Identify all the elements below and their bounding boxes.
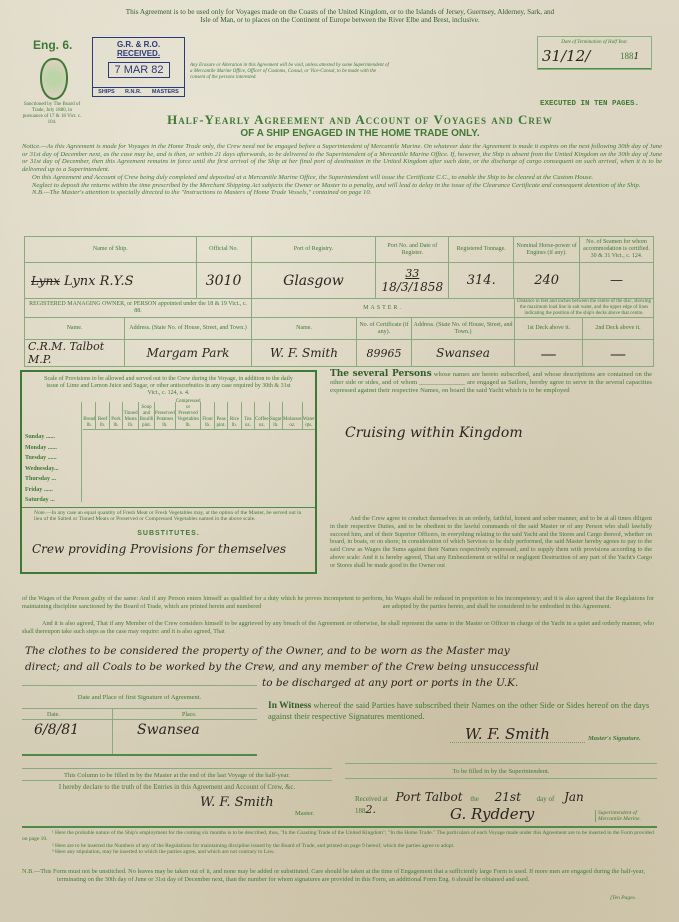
received-year-suffix: 2. xyxy=(366,803,377,816)
footnote-1: ¹ Here the probable nature of the Ship's… xyxy=(22,830,657,843)
col-molasses-label: Molasses oz. xyxy=(283,417,302,429)
place-label: Place. xyxy=(182,712,197,719)
day-saturday: Saturday ... xyxy=(22,495,81,506)
day-tuesday: Tuesday ...... xyxy=(22,453,81,464)
col-pork: Pork lb. xyxy=(110,402,123,430)
port-no-cell: 3318/3/1858 xyxy=(376,263,449,299)
received-at-label: Received at xyxy=(355,795,388,803)
col-soup-label: Soup and Bouilli pint. xyxy=(139,405,154,429)
master-name: W. F. Smith xyxy=(252,340,357,367)
usage-notice-line2: Isle of Man, or to places on the Contine… xyxy=(40,16,640,24)
col-beef: Beef lb. xyxy=(96,402,109,430)
owner-address: Margam Park xyxy=(125,340,252,367)
port-no: 33 xyxy=(376,267,448,280)
agreement-para2-block: of the Wages of the Person guilty of the… xyxy=(22,595,654,610)
master-certificate: 89965 xyxy=(357,340,412,367)
deck1-label: 1st Deck above it. xyxy=(515,318,583,340)
col-molasses: Molasses oz. xyxy=(283,402,303,430)
owner-name-label: Name. xyxy=(25,318,125,340)
stamp-line1: G.R. & R.O. xyxy=(93,40,184,49)
certificate-label: No. of Certificate (if any). xyxy=(357,318,412,340)
col-tinned-meats: Tinned Meats lb. xyxy=(123,402,139,430)
stipulation-line3: to be discharged at any port or ports in… xyxy=(262,677,518,689)
received-day: 21st xyxy=(495,790,521,804)
col-rice-label: Rice lb. xyxy=(228,417,240,429)
master-name-label: Name. xyxy=(252,318,357,340)
form-subtitle: OF A SHIP ENGAGED IN THE HOME TRADE ONLY… xyxy=(160,128,560,139)
col-beef-label: Beef lb. xyxy=(96,417,108,429)
ship-details-table: Name of Ship. Official No. Port of Regis… xyxy=(24,236,654,299)
ship-name-cell: Lynx Lynx R.Y.S xyxy=(25,263,197,299)
stamp-cell-ships: SHIPS xyxy=(98,88,115,96)
received-year-prefix: 188 xyxy=(355,807,366,815)
col-peas: Peas pint. xyxy=(215,402,228,430)
day-sunday: Sunday ...... xyxy=(22,432,81,443)
day-thursday: Thursday ... xyxy=(22,474,81,485)
col-sugar: Sugar lb. xyxy=(270,402,283,430)
deck1-value: — xyxy=(515,340,583,367)
persons-section: The several Persons whose names are here… xyxy=(330,370,652,395)
master-heading: MASTER. xyxy=(252,299,515,318)
royal-crest-icon xyxy=(40,58,68,100)
deck-heading: Distance in feet and inches between the … xyxy=(515,299,654,318)
day-wednesday: Wednesday... xyxy=(22,464,81,475)
superintendent-signature-label: Superintendent of Mercantile Marine. xyxy=(595,810,655,822)
notice-section: Notice.—As this Agreement is made for Vo… xyxy=(22,143,662,197)
master-address-label: Address. (State No. of House, Street, an… xyxy=(412,318,515,340)
persons-lead: The several Persons xyxy=(330,369,432,379)
master-witness-signature: W. F. Smith xyxy=(465,725,550,743)
provisions-grid: Sunday ...... Monday ...... Tuesday ....… xyxy=(22,402,315,502)
col-flour-label: Flour lb. xyxy=(201,417,213,429)
ship-name: Lynx R.Y.S xyxy=(64,274,133,289)
header-port-of-registry: Port of Registry. xyxy=(251,237,376,263)
col-rice: Rice lb. xyxy=(228,402,241,430)
termination-year-prefix: 188 xyxy=(620,51,634,61)
col-coffee-label: Coffee oz. xyxy=(255,417,269,429)
owner-name: C.R.M. Talbot M.P. xyxy=(25,340,125,367)
first-signature-box: Date and Place of first Signature of Agr… xyxy=(22,685,257,755)
col-vegetables: Compressed or Preserved Vegetables lb. xyxy=(176,402,202,430)
col-flour: Flour lb. xyxy=(201,402,214,430)
termination-year-suffix: 1 xyxy=(634,52,640,62)
col-water: Water qts. xyxy=(303,402,315,430)
owner-master-table: REGISTERED MANAGING OWNER, or PERSON app… xyxy=(24,298,654,367)
header-name-of-ship: Name of Ship. xyxy=(25,237,197,263)
form-code: Eng. 6. xyxy=(33,38,72,52)
col-tinned-meats-label: Tinned Meats lb. xyxy=(123,411,138,429)
master-address: Swansea xyxy=(412,340,515,367)
port-of-registry: Glasgow xyxy=(251,263,376,299)
owner-address-label: Address. (State No. of House, Street, an… xyxy=(125,318,252,340)
col-tea-label: Tea oz. xyxy=(242,417,254,429)
notice-nb: N.B.—The Master's attention is specially… xyxy=(22,189,662,197)
register-date: 18/3/1858 xyxy=(376,280,448,294)
col-soup: Soup and Bouilli pint. xyxy=(139,402,155,430)
col-potatoes-label: Preserved Potatoes lb. xyxy=(155,411,175,429)
usage-notice: This Agreement is to be used only for Vo… xyxy=(40,8,640,24)
usage-notice-line1: This Agreement is to be used only for Vo… xyxy=(40,8,640,16)
substitutes-label: SUBSTITUTES. xyxy=(22,530,315,537)
received-at-value: Port Talbot xyxy=(396,790,463,804)
stamp-date: 7 MAR 82 xyxy=(108,62,170,78)
substitutes-value: Crew providing Provisions for themselves xyxy=(32,542,286,556)
master-declaration-label: Master. xyxy=(295,810,314,817)
ship-name-struck: Lynx xyxy=(31,274,60,288)
provisions-columns: Bread lb. Beef lb. Pork lb. Tinned Meats… xyxy=(83,402,315,506)
stamp-cell-rnr: R.N.R. xyxy=(125,88,142,96)
master-column-heading: This Column to be filled in by the Maste… xyxy=(22,772,332,779)
col-vegetables-label: Compressed or Preserved Vegetables lb. xyxy=(176,399,201,429)
header-tonnage: Registered Tonnage. xyxy=(449,237,514,263)
master-declaration-signature: W. F. Smith xyxy=(200,795,274,810)
notice-para2: On this Agreement and Account of Crew be… xyxy=(22,174,662,182)
owner-heading: REGISTERED MANAGING OWNER, or PERSON app… xyxy=(25,299,252,318)
stamp-cells: SHIPS R.N.R. MASTERS xyxy=(93,87,184,96)
horsepower: 240 xyxy=(514,263,580,299)
superintendent-heading: To be filled in by the Superintendent. xyxy=(345,768,657,775)
employment-description: Cruising within Kingdom xyxy=(345,425,523,441)
master-signature-label: Master's Signature. xyxy=(588,735,641,742)
day-monday: Monday ...... xyxy=(22,443,81,454)
col-sugar-label: Sugar lb. xyxy=(270,417,282,429)
termination-box: Date of Termination of Half Year. 31/12/… xyxy=(537,36,652,70)
col-bread-label: Bread lb. xyxy=(83,417,95,429)
termination-value: 31/12/ xyxy=(542,47,590,65)
first-signature-place: Swansea xyxy=(137,722,200,738)
days-column: Sunday ...... Monday ...... Tuesday ....… xyxy=(22,402,82,502)
master-declaration: I hereby declare to the truth of the Ent… xyxy=(22,784,332,792)
col-potatoes: Preserved Potatoes lb. xyxy=(155,402,176,430)
footnote-3: ³ Here any stipulation, may be inserted … xyxy=(22,849,657,855)
agreement-para3: And it is also agreed, That if any Membe… xyxy=(22,620,654,635)
provisions-scale-box: Scale of Provisions to be allowed and se… xyxy=(20,370,317,574)
termination-label: Date of Termination of Half Year. xyxy=(538,40,651,46)
deck2-label: 2nd Deck above it. xyxy=(582,318,653,340)
col-water-label: Water qts. xyxy=(303,417,315,429)
witness-section: In Witness whereof the said Parties have… xyxy=(268,700,658,721)
header-official-no: Official No. xyxy=(196,237,251,263)
sanction-text: Sanctioned by The Board of Trade, July 1… xyxy=(22,102,82,126)
agreement-para2-end: are adopted by the parties hereto, and s… xyxy=(383,603,611,610)
provisions-note: Note.—In any case an equal quantity of F… xyxy=(34,510,304,522)
seamen-count: — xyxy=(580,263,654,299)
stamp-cell-masters: MASTERS xyxy=(152,88,179,96)
master-column-box: This Column to be filled in by the Maste… xyxy=(22,768,332,779)
received-year: 1882. xyxy=(355,803,376,816)
witness-text: whereof the said Parties have subscribed… xyxy=(268,700,649,721)
page-marker: [Ten Pages. xyxy=(610,895,636,901)
col-tea: Tea oz. xyxy=(242,402,255,430)
notice-para3: Neglect to deposit the returns within th… xyxy=(22,182,662,190)
day-friday: Friday ...... xyxy=(22,485,81,496)
provisions-heading: Scale of Provisions to be allowed and se… xyxy=(22,372,315,397)
header-horsepower: Nominal Horse-power of Engines (if any). xyxy=(514,237,580,263)
stamp-line2: RECEIVED. xyxy=(93,49,184,58)
form-title: Half-Yearly Agreement and Account of Voy… xyxy=(130,112,590,128)
superintendent-signature: G. Ryddery xyxy=(450,805,534,823)
tonnage: 314. xyxy=(449,263,514,299)
stipulation-line2: direct; and all Coals to be worked by th… xyxy=(25,661,539,673)
col-pork-label: Pork lb. xyxy=(110,417,122,429)
first-signature-heading: Date and Place of first Signature of Agr… xyxy=(22,694,257,701)
agreement-para1: And the Crew agree to conduct themselves… xyxy=(330,515,652,570)
notice-para1: Notice.—As this Agreement is made for Vo… xyxy=(22,143,662,174)
bottom-nb: N.B.—This Form must not be unstitched. N… xyxy=(22,868,657,883)
official-no: 3010 xyxy=(196,263,251,299)
received-month: Jan xyxy=(564,790,584,804)
received-line: Received at Port Talbot the 21st day of … xyxy=(355,790,584,804)
col-bread: Bread lb. xyxy=(83,402,96,430)
deck2-value: — xyxy=(582,340,653,367)
executed-note: EXECUTED IN TEN PAGES. xyxy=(540,100,639,108)
col-coffee: Coffee oz. xyxy=(255,402,270,430)
footnotes: ¹ Here the probable nature of the Ship's… xyxy=(22,830,657,856)
witness-lead: In Witness xyxy=(268,701,311,711)
header-port-no-date: Port No. and Date of Register. xyxy=(376,237,449,263)
the-label: the xyxy=(470,795,479,803)
stipulation-line1: The clothes to be considered the propert… xyxy=(25,645,510,657)
received-stamp: G.R. & R.O. RECEIVED. 7 MAR 82 SHIPS R.N… xyxy=(92,37,185,97)
alteration-note: Any Erasure or Alteration in this Agreem… xyxy=(190,63,390,81)
header-seamen: No. of Seamen for whom accommodation is … xyxy=(580,237,654,263)
date-label: Date. xyxy=(47,712,60,719)
first-signature-date: 6/8/81 xyxy=(34,722,79,738)
day-of-label: day of xyxy=(537,795,555,803)
col-peas-label: Peas pint. xyxy=(215,417,227,429)
termination-year: 1881 xyxy=(620,51,639,62)
